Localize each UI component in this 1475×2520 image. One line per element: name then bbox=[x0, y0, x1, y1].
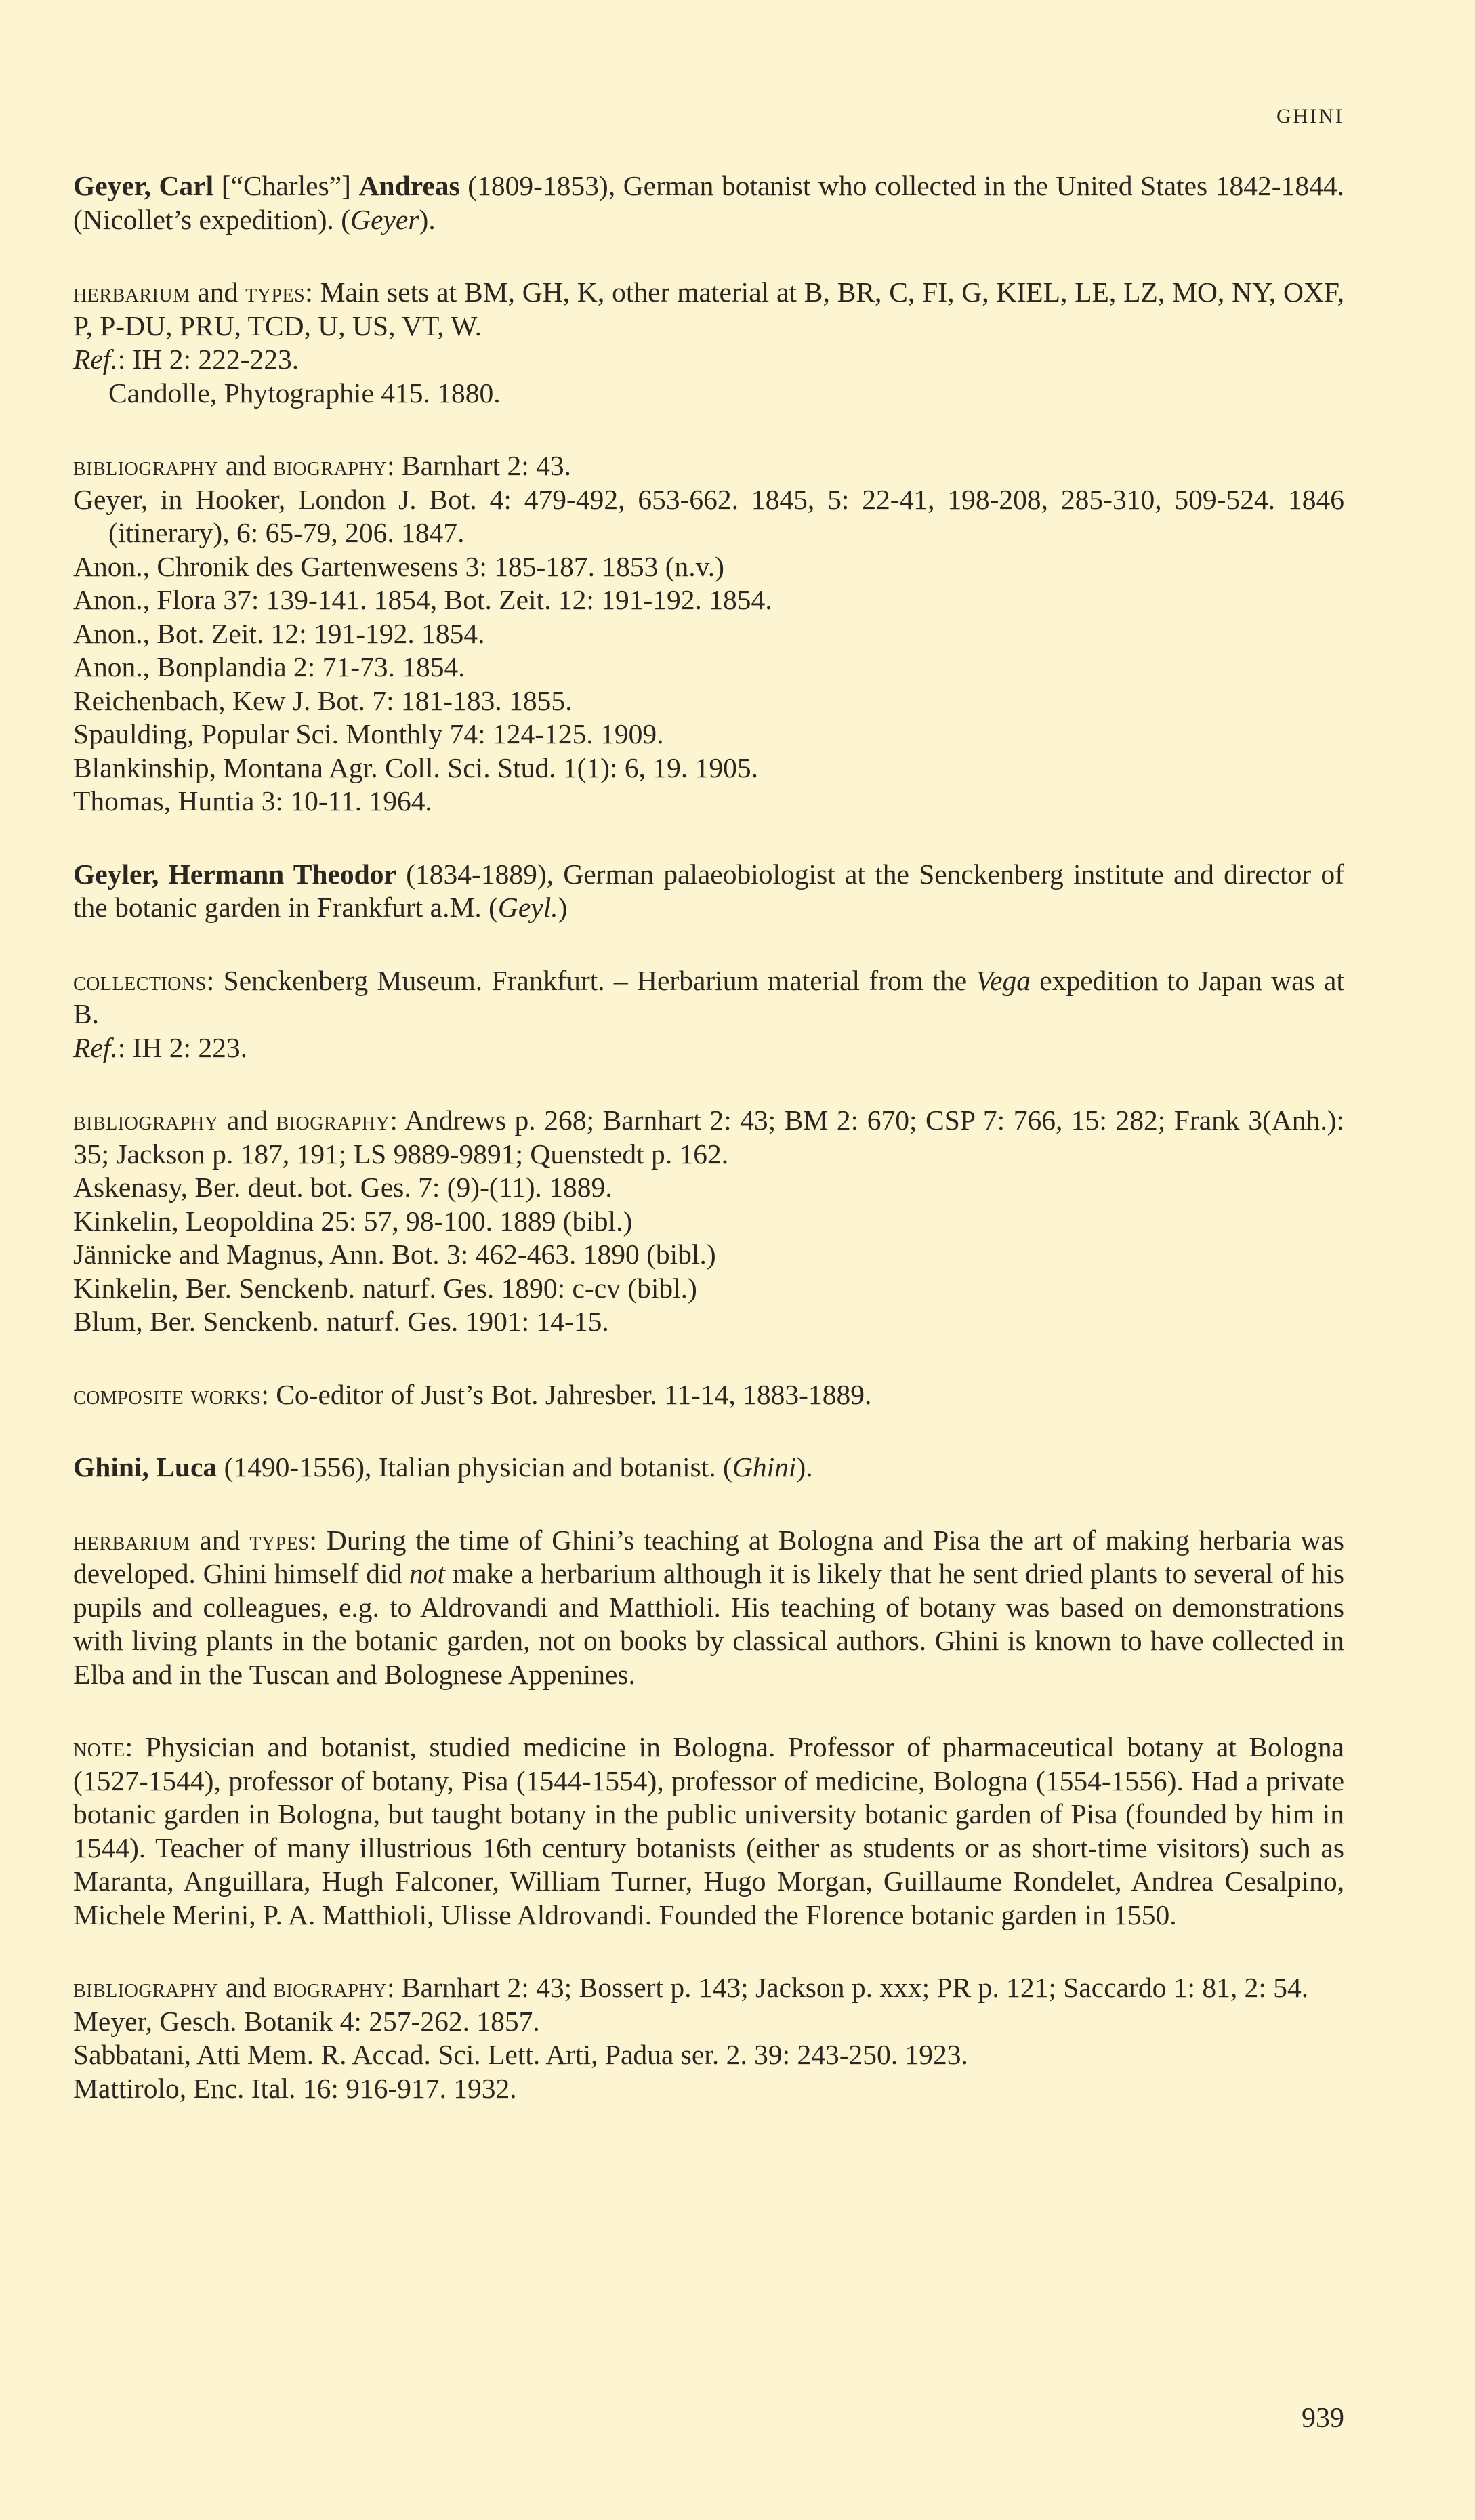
ref-extra: Candolle, Phytographie 415. 1880. bbox=[73, 377, 1344, 411]
note-text: Physician and botanist, studied medicine… bbox=[73, 1731, 1344, 1930]
section-label: herbarium bbox=[73, 277, 190, 308]
bibliography-text: Barnhart 2: 43. bbox=[402, 450, 571, 481]
bibliography-item: Anon., Flora 37: 139-141. 1854, Bot. Zei… bbox=[73, 583, 1344, 617]
bibliography-section: bibliography and biography: Barnhart 2: … bbox=[73, 449, 1344, 819]
section-label: note bbox=[73, 1732, 125, 1762]
section-label: bibliography bbox=[73, 1105, 218, 1136]
entry-abbrev-close: ). bbox=[419, 204, 436, 235]
section-label: biography bbox=[273, 451, 387, 481]
herbarium-italic: not bbox=[409, 1558, 445, 1589]
page-body: Geyer, Carl [“Charles”] Andreas (1809-18… bbox=[73, 169, 1344, 2105]
section-colon: : bbox=[207, 965, 224, 996]
herbarium-section: herbarium and types: During the time of … bbox=[73, 1524, 1344, 1692]
section-label: types bbox=[249, 1525, 309, 1556]
section-label: biography bbox=[276, 1105, 390, 1136]
entry-abbrev-close: ) bbox=[558, 892, 568, 923]
section-label-and: and bbox=[218, 450, 273, 481]
section-label: composite works bbox=[73, 1380, 261, 1410]
section-colon: : bbox=[261, 1379, 276, 1410]
section-label-and: and bbox=[218, 1972, 273, 2003]
entry-name-bracket: [“Charles”] bbox=[213, 170, 358, 201]
bibliography-item: Askenasy, Ber. deut. bot. Ges. 7: (9)-(1… bbox=[73, 1171, 1344, 1205]
bibliography-item: Blankinship, Montana Agr. Coll. Sci. Stu… bbox=[73, 751, 1344, 785]
bibliography-item: Anon., Chronik des Gartenwesens 3: 185-1… bbox=[73, 550, 1344, 584]
bibliography-item: Anon., Bot. Zeit. 12: 191-192. 1854. bbox=[73, 617, 1344, 651]
section-label: herbarium bbox=[73, 1525, 190, 1556]
bibliography-item: Blum, Ber. Senckenb. naturf. Ges. 1901: … bbox=[73, 1305, 1344, 1339]
section-label: types bbox=[245, 277, 305, 308]
bibliography-item: Reichenbach, Kew J. Bot. 7: 181-183. 185… bbox=[73, 684, 1344, 718]
page-number: 939 bbox=[1302, 2402, 1344, 2435]
ref-text: : IH 2: 223. bbox=[118, 1032, 247, 1063]
collections-italic: Vega bbox=[976, 965, 1031, 996]
entry-geyler: Geyler, Hermann Theodor (1834-1889), Ger… bbox=[73, 858, 1344, 1412]
bibliography-intro: bibliography and biography: Barnhart 2: … bbox=[73, 449, 1344, 483]
bibliography-text: Barnhart 2: 43; Bossert p. 143; Jackson … bbox=[402, 1972, 1308, 2003]
entry-abbrev-close: ). bbox=[796, 1451, 812, 1483]
entry-ghini: Ghini, Luca (1490-1556), Italian physici… bbox=[73, 1451, 1344, 2105]
section-label: biography bbox=[273, 1972, 387, 2003]
entry-heading: Ghini, Luca (1490-1556), Italian physici… bbox=[73, 1451, 1344, 1485]
ref-text: : IH 2: 222-223. bbox=[118, 344, 299, 375]
section-colon: : bbox=[309, 1525, 326, 1556]
entry-name: Ghini, Luca bbox=[73, 1451, 217, 1483]
bibliography-section: bibliography and biography: Barnhart 2: … bbox=[73, 1971, 1344, 2105]
bibliography-item: Sabbatani, Atti Mem. R. Accad. Sci. Lett… bbox=[73, 2038, 1344, 2072]
bibliography-item: Kinkelin, Leopoldina 25: 57, 98-100. 188… bbox=[73, 1205, 1344, 1239]
section-colon: : bbox=[390, 1104, 404, 1136]
section-label-and: and bbox=[190, 1525, 250, 1556]
section-label: bibliography bbox=[73, 451, 218, 481]
composite-text: Co-editor of Just’s Bot. Jahresber. 11-1… bbox=[276, 1379, 871, 1410]
entry-description: (1490-1556), Italian physician and botan… bbox=[217, 1451, 732, 1483]
composite-works-section: composite works: Co-editor of Just’s Bot… bbox=[73, 1378, 1344, 1412]
bibliography-item: Anon., Bonplandia 2: 71-73. 1854. bbox=[73, 650, 1344, 684]
ref-line: Ref.: IH 2: 223. bbox=[73, 1031, 1344, 1065]
bibliography-item: Thomas, Huntia 3: 10-11. 1964. bbox=[73, 785, 1344, 819]
ref-label: Ref. bbox=[73, 344, 118, 375]
section-label: bibliography bbox=[73, 1972, 218, 2003]
bibliography-item: Meyer, Gesch. Botanik 4: 257-262. 1857. bbox=[73, 2005, 1344, 2039]
section-label-and: and bbox=[190, 276, 246, 308]
entry-abbrev: Ghini bbox=[732, 1451, 797, 1483]
collections-section: collections: Senckenberg Museum. Frankfu… bbox=[73, 964, 1344, 1065]
bibliography-item: Geyer, in Hooker, London J. Bot. 4: 479-… bbox=[73, 483, 1344, 550]
entry-heading: Geyer, Carl [“Charles”] Andreas (1809-18… bbox=[73, 169, 1344, 236]
bibliography-intro: bibliography and biography: Barnhart 2: … bbox=[73, 1971, 1344, 2005]
entry-name: Geyer, Carl bbox=[73, 170, 213, 201]
section-colon: : bbox=[387, 1972, 402, 2003]
entry-name-cont: Andreas bbox=[359, 170, 460, 201]
bibliography-section: bibliography and biography: Andrews p. 2… bbox=[73, 1104, 1344, 1339]
section-colon: : bbox=[387, 450, 402, 481]
herbarium-section: herbarium and types: Main sets at BM, GH… bbox=[73, 276, 1344, 410]
entry-abbrev: Geyer bbox=[350, 204, 419, 235]
section-colon: : bbox=[305, 276, 320, 308]
ref-label: Ref. bbox=[73, 1032, 118, 1063]
bibliography-item: Kinkelin, Ber. Senckenb. naturf. Ges. 18… bbox=[73, 1272, 1344, 1306]
entry-heading: Geyler, Hermann Theodor (1834-1889), Ger… bbox=[73, 858, 1344, 925]
bibliography-item: Mattirolo, Enc. Ital. 16: 916-917. 1932. bbox=[73, 2072, 1344, 2106]
bibliography-item: Jännicke and Magnus, Ann. Bot. 3: 462-46… bbox=[73, 1238, 1344, 1272]
entry-geyer: Geyer, Carl [“Charles”] Andreas (1809-18… bbox=[73, 169, 1344, 819]
ref-line: Ref.: IH 2: 222-223. bbox=[73, 343, 1344, 377]
bibliography-intro: bibliography and biography: Andrews p. 2… bbox=[73, 1104, 1344, 1171]
section-colon: : bbox=[125, 1731, 146, 1762]
entry-abbrev: Geyl. bbox=[498, 892, 558, 923]
bibliography-item: Spaulding, Popular Sci. Monthly 74: 124-… bbox=[73, 718, 1344, 751]
running-head: GHINI bbox=[1276, 105, 1344, 128]
section-label-and: and bbox=[218, 1104, 276, 1136]
section-label: collections bbox=[73, 966, 207, 996]
entry-name: Geyler, Hermann Theodor bbox=[73, 859, 396, 890]
collections-text: Senckenberg Museum. Frankfurt. – Herbari… bbox=[224, 965, 976, 996]
note-section: note: Physician and botanist, studied me… bbox=[73, 1731, 1344, 1932]
